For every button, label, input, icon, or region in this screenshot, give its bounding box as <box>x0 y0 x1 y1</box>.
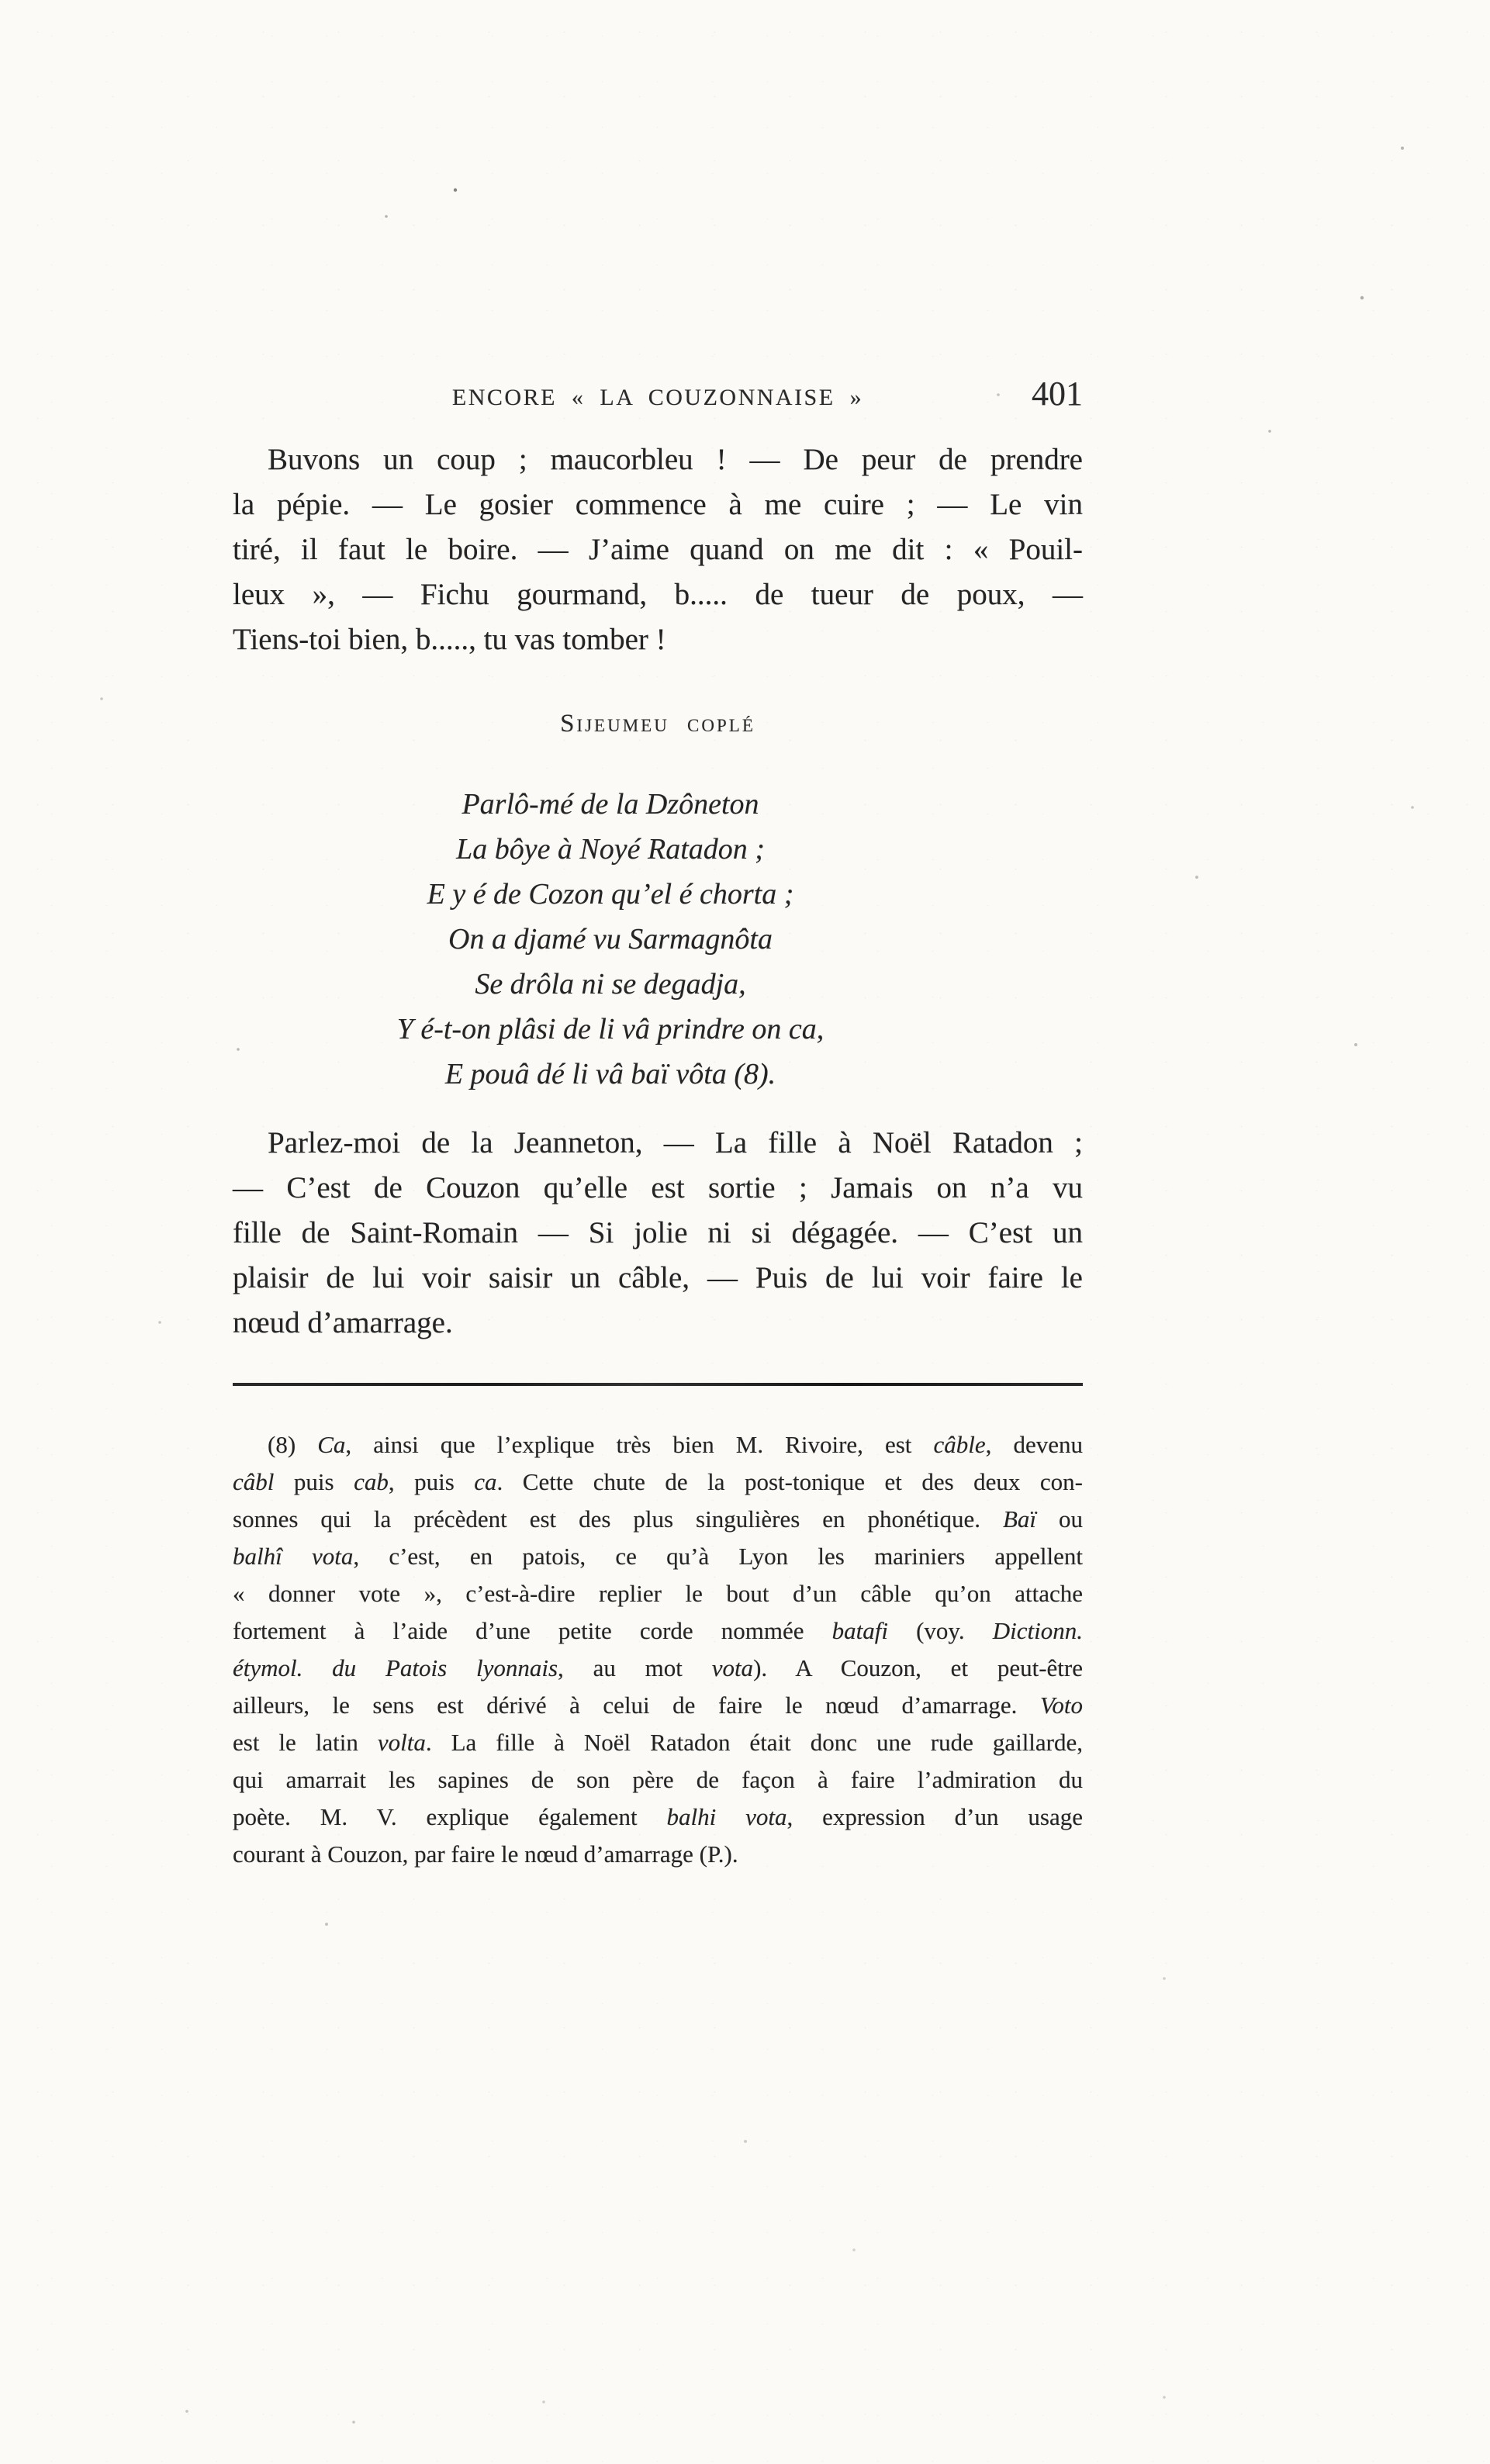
scan-speckles <box>0 0 2 2</box>
verse-line: Parlô-mé de la Dzôneton <box>339 782 882 827</box>
scanned-book-page: ENCORE « LA COUZONNAISE » 401 Buvons un … <box>0 0 1490 2464</box>
paragraph-line: Buvons un coup ; maucorbleu ! — De peur … <box>233 437 1083 482</box>
opening-paragraph: Buvons un coup ; maucorbleu ! — De peur … <box>233 437 1083 662</box>
translation-paragraph: Parlez-moi de la Jeanneton, — La fille à… <box>233 1121 1083 1346</box>
footnote-line: ailleurs, le sens est dérivé à celui de … <box>233 1687 1083 1724</box>
verse-line: La bôye à Noyé Ratadon ; <box>339 827 882 872</box>
footnote-line: étymol. du Patois lyonnais, au mot vota)… <box>233 1650 1083 1687</box>
footnote-line: câbl puis cab, puis ca. Cette chute de l… <box>233 1464 1083 1501</box>
verse-line: E pouâ dé li vâ baï vôta (8). <box>339 1052 882 1097</box>
footnote-line: qui amarrait les sapines de son père de … <box>233 1761 1083 1799</box>
verse-line: Se drôla ni se degadja, <box>339 962 882 1007</box>
verse-line: Y é-t-on plâsi de li vâ prindre on ca, <box>339 1007 882 1052</box>
paragraph-line: tiré, il faut le boire. — J’aime quand o… <box>233 527 1083 572</box>
footnote-line: balhî vota, c’est, en patois, ce qu’à Ly… <box>233 1538 1083 1575</box>
footnote-line: « donner vote », c’est-à-dire replier le… <box>233 1575 1083 1612</box>
footnote-separator-rule <box>233 1383 1083 1386</box>
paragraph-line: Parlez-moi de la Jeanneton, — La fille à… <box>233 1121 1083 1166</box>
footnote-block: (8) Ca, ainsi que l’explique très bien M… <box>233 1426 1083 1873</box>
footnote-line: (8) Ca, ainsi que l’explique très bien M… <box>233 1426 1083 1464</box>
verse-heading: Sijeumeu coplé <box>233 710 1083 738</box>
footnote-line: fortement à l’aide d’une petite corde no… <box>233 1612 1083 1650</box>
footnote-line: courant à Couzon, par faire le nœud d’am… <box>233 1836 1083 1873</box>
paragraph-line: — C’est de Couzon qu’elle est sortie ; J… <box>233 1166 1083 1211</box>
paragraph-line: la pépie. — Le gosier commence à me cuir… <box>233 482 1083 527</box>
paragraph-line: leux », — Fichu gourmand, b..... de tueu… <box>233 572 1083 617</box>
patois-verse: Parlô-mé de la DzônetonLa bôye à Noyé Ra… <box>339 782 882 1097</box>
paragraph-line: fille de Saint-Romain — Si jolie ni si d… <box>233 1211 1083 1256</box>
verse-line: E y é de Cozon qu’el é chorta ; <box>339 872 882 917</box>
paragraph-line: nœud d’amarrage. <box>233 1301 1083 1346</box>
page-number: 401 <box>931 375 1083 413</box>
footnote-line: sonnes qui la précèdent est des plus sin… <box>233 1501 1083 1538</box>
footnote-line: poète. M. V. explique également balhi vo… <box>233 1799 1083 1836</box>
paragraph-line: plaisir de lui voir saisir un câble, — P… <box>233 1256 1083 1301</box>
footnote-line: est le latin volta. La fille à Noël Rata… <box>233 1724 1083 1761</box>
paragraph-line: Tiens-toi bien, b....., tu vas tomber ! <box>233 617 1083 662</box>
verse-line: On a djamé vu Sarmagnôta <box>339 917 882 962</box>
